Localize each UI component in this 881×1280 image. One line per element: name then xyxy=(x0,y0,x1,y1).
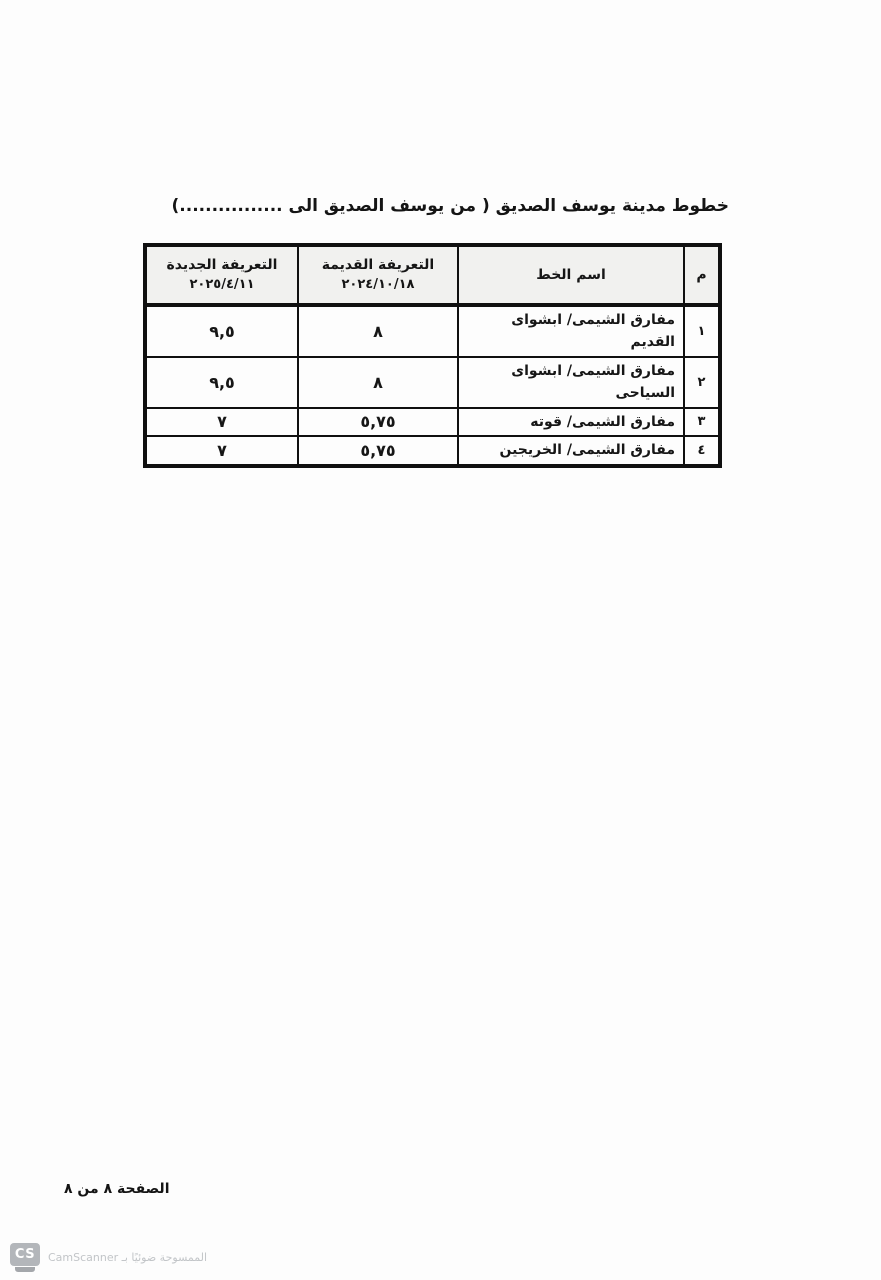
header-new-tariff-label: التعريفة الجديدة xyxy=(151,257,293,275)
row-line-name: مفارق الشيمى/ الخريجين xyxy=(458,436,684,466)
table-row: ٤ مفارق الشيمى/ الخريجين ٥,٧٥ ٧ xyxy=(145,436,720,466)
camscanner-cs-badge: CS xyxy=(10,1243,40,1266)
table-row: ١ مفارق الشيمى/ ابشواى القديم ٨ ٩,٥ xyxy=(145,305,720,357)
camscanner-watermark-text: الممسوحة ضوئيًا بـ CamScanner xyxy=(48,1251,207,1264)
camscanner-logo-base xyxy=(15,1267,35,1272)
row-line-name-text: مفارق الشيمى/ ابشواى السياحى xyxy=(503,360,675,405)
row-line-name: مفارق الشيمى/ ابشواى السياحى xyxy=(458,357,684,408)
row-number: ٣ xyxy=(684,408,720,436)
header-line-name: اسم الخط xyxy=(458,245,684,305)
row-old-tariff: ٨ xyxy=(298,305,458,357)
page-number: الصفحة ٨ من ٨ xyxy=(64,1181,170,1197)
header-old-tariff: التعريفة القديمة ٢٠٢٤/١٠/١٨ xyxy=(298,245,458,305)
table-row: ٣ مفارق الشيمى/ قوته ٥,٧٥ ٧ xyxy=(145,408,720,436)
row-number: ٤ xyxy=(684,436,720,466)
header-number: م xyxy=(684,245,720,305)
page-title: خطوط مدينة يوسف الصديق ( من يوسف الصديق … xyxy=(172,196,729,216)
row-new-tariff: ٧ xyxy=(145,408,298,436)
header-old-tariff-label: التعريفة القديمة xyxy=(303,257,453,275)
camscanner-watermark: CS الممسوحة ضوئيًا بـ CamScanner xyxy=(10,1243,207,1272)
row-old-tariff: ٨ xyxy=(298,357,458,408)
header-line-name-label: اسم الخط xyxy=(463,267,679,283)
header-new-tariff-date: ٢٠٢٥/٤/١١ xyxy=(151,277,293,293)
row-line-name: مفارق الشيمى/ قوته xyxy=(458,408,684,436)
row-old-tariff: ٥,٧٥ xyxy=(298,436,458,466)
camscanner-logo-icon: CS xyxy=(10,1243,40,1272)
row-new-tariff: ٩,٥ xyxy=(145,305,298,357)
table-row: ٢ مفارق الشيمى/ ابشواى السياحى ٨ ٩,٥ xyxy=(145,357,720,408)
table-header-row: م اسم الخط التعريفة القديمة ٢٠٢٤/١٠/١٨ ا… xyxy=(145,245,720,305)
header-number-label: م xyxy=(689,267,714,283)
row-new-tariff: ٩,٥ xyxy=(145,357,298,408)
row-number: ٢ xyxy=(684,357,720,408)
row-line-name: مفارق الشيمى/ ابشواى القديم xyxy=(458,305,684,357)
header-old-tariff-date: ٢٠٢٤/١٠/١٨ xyxy=(303,277,453,293)
header-new-tariff: التعريفة الجديدة ٢٠٢٥/٤/١١ xyxy=(145,245,298,305)
row-old-tariff: ٥,٧٥ xyxy=(298,408,458,436)
tariff-table: م اسم الخط التعريفة القديمة ٢٠٢٤/١٠/١٨ ا… xyxy=(143,243,722,468)
row-number: ١ xyxy=(684,305,720,357)
row-new-tariff: ٧ xyxy=(145,436,298,466)
